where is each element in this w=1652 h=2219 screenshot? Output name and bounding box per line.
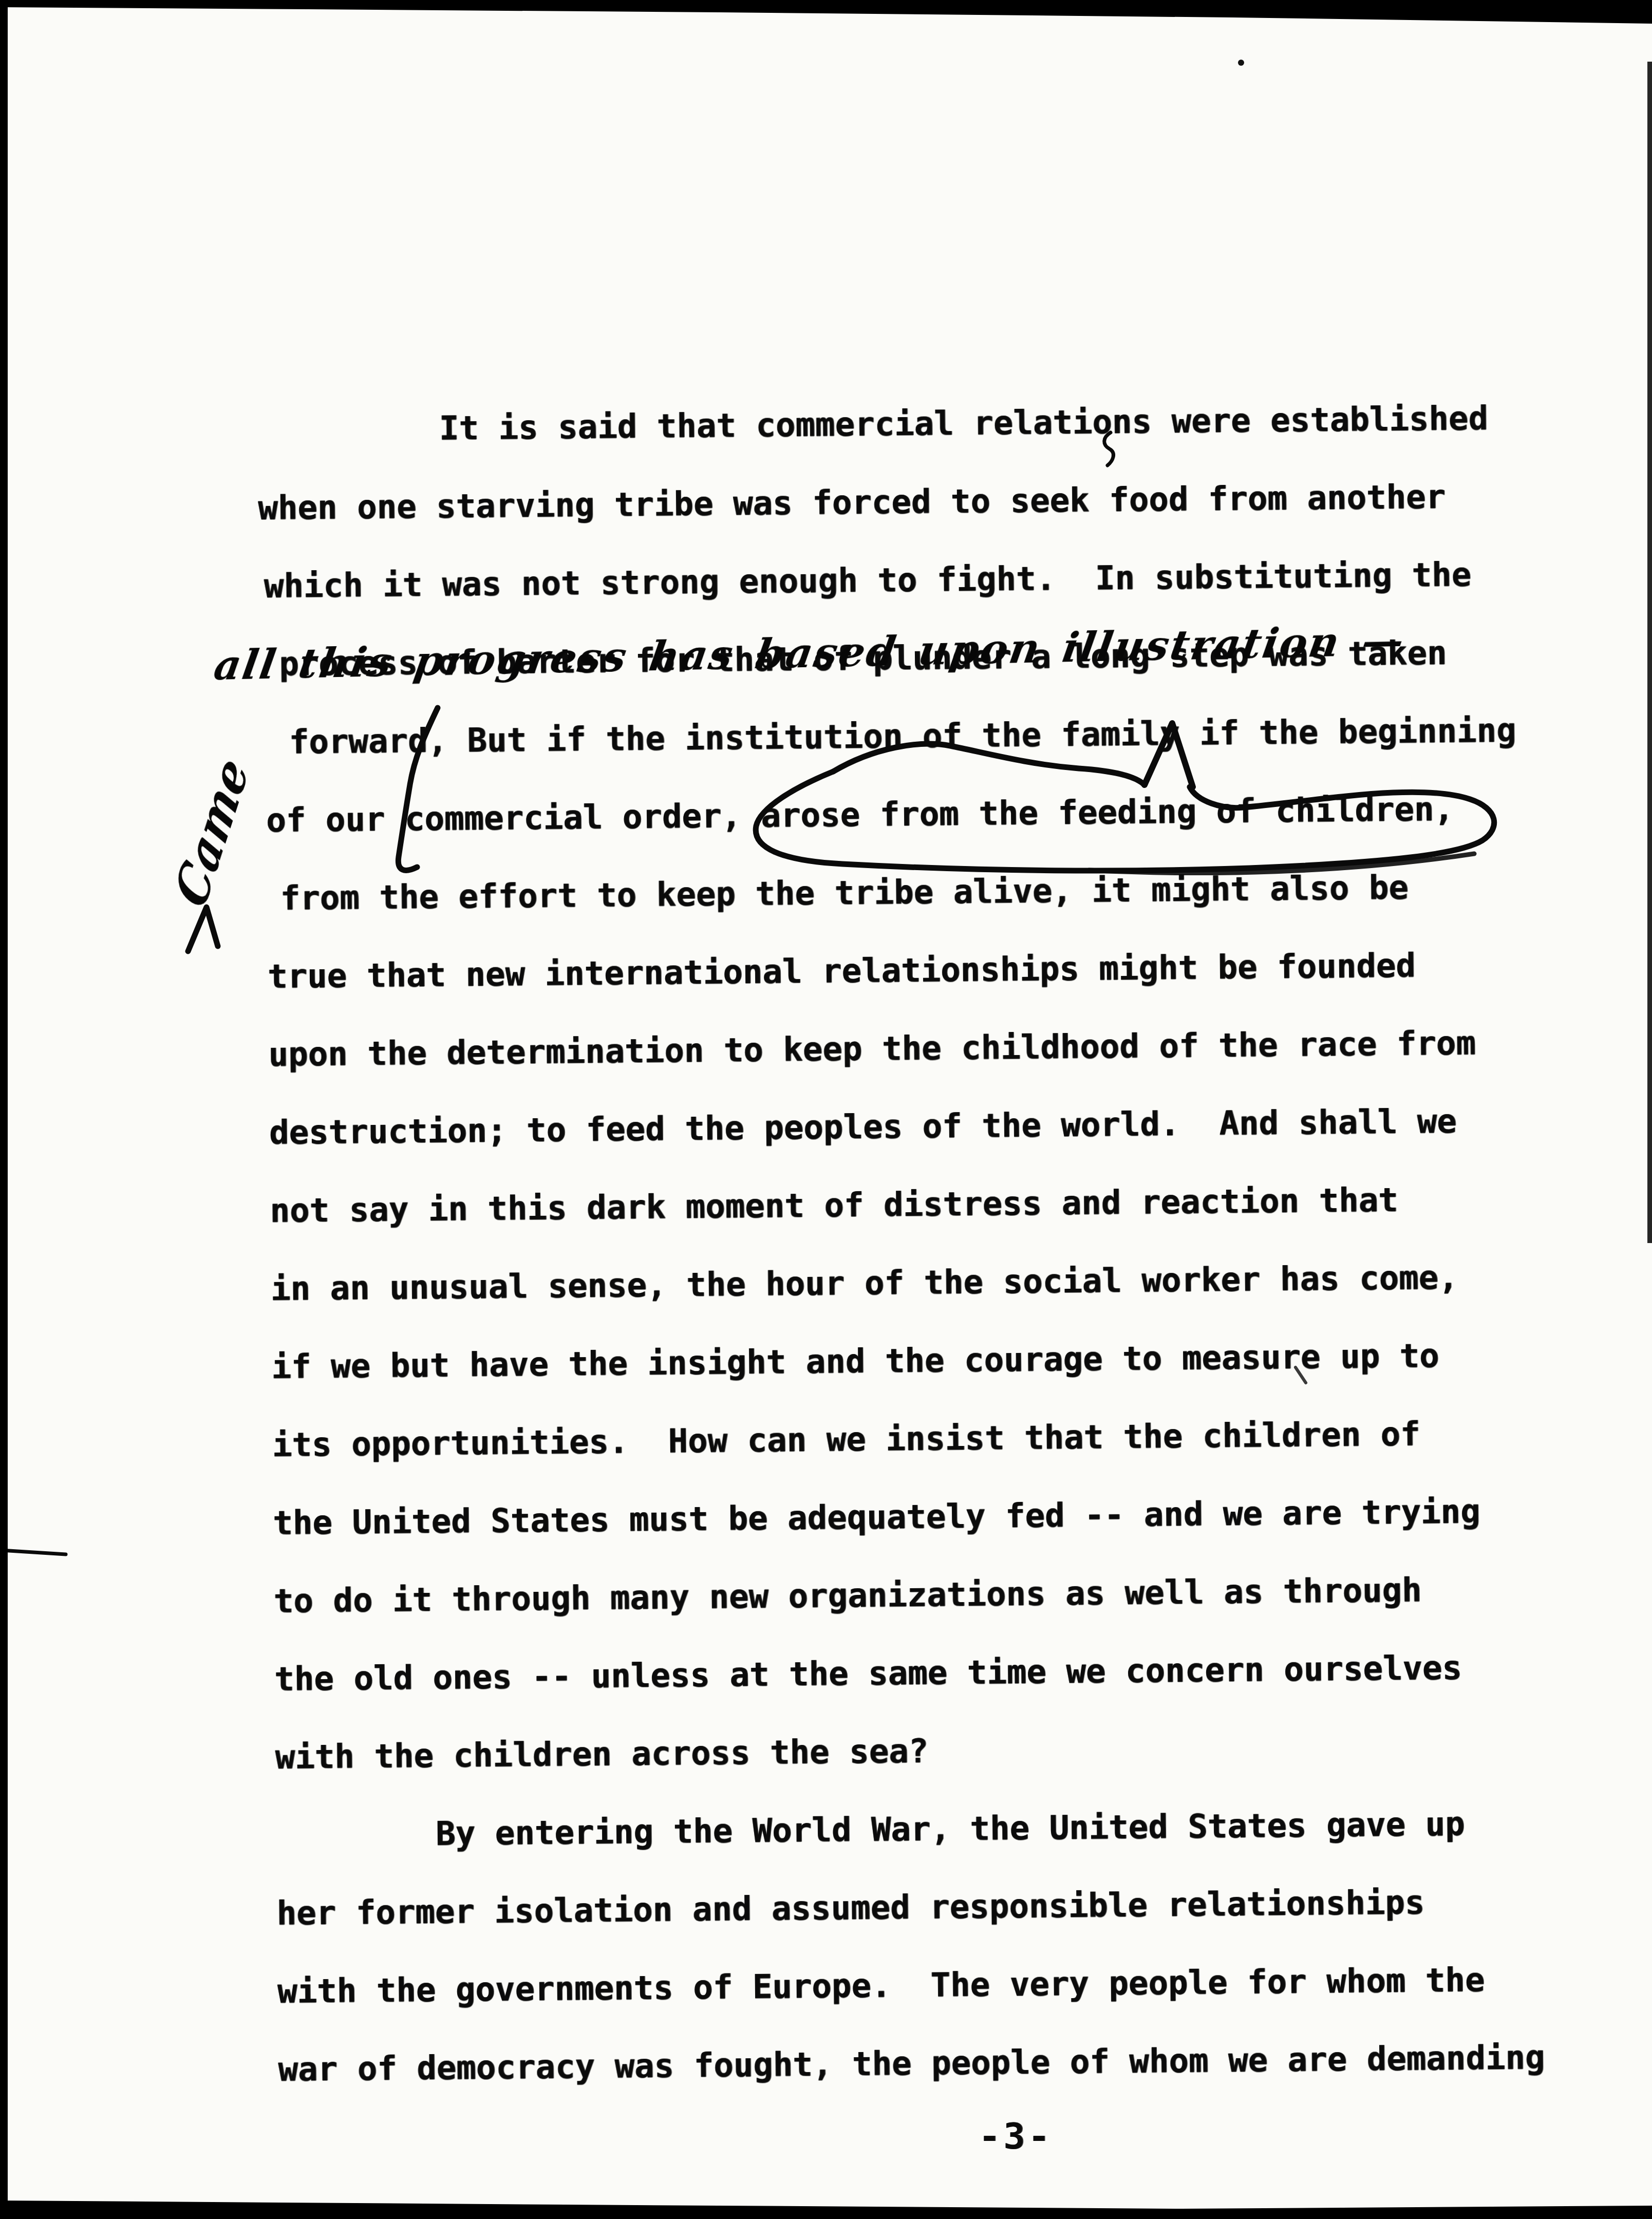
scan-border-right [1647,62,1652,1243]
typed-line: It is said that commercial relations wer… [262,379,1529,469]
scan-border-left [0,0,8,2219]
typed-line: if we but have the insight and the coura… [271,1316,1538,1406]
typed-line: forward, But if the institution of the f… [289,691,1532,781]
typed-line: to do it through many new organizations … [273,1550,1541,1641]
typed-line: upon the determination to keep the child… [268,1004,1535,1094]
stray-speck [1238,60,1244,66]
typed-line: which it was not strong enough to fight.… [264,535,1531,626]
typed-line: its opportunities. How can we insist tha… [272,1394,1539,1484]
typed-line: not say in this dark moment of distress … [270,1160,1537,1250]
handwritten-margin-word: Came [164,747,259,917]
typed-line: war of democracy was fought, the people … [278,2019,1545,2109]
manuscript-page: It is said that commercial relations wer… [0,0,1652,2219]
scan-border-top [0,0,1652,24]
typed-line: By entering the World War, the United St… [275,1784,1543,1875]
typed-line: when one starving tribe was forced to se… [257,457,1530,548]
typed-line: in an unusual sense, the hour of the soc… [270,1238,1537,1328]
typed-line: from the effort to keep the tribe alive,… [280,848,1534,937]
typed-line: true that new international relationship… [267,926,1534,1016]
typed-line: destruction; to feed the peoples of the … [269,1082,1536,1172]
left-edge-tick [1,1550,66,1554]
typed-line: the old ones -- unless at the same time … [274,1628,1541,1719]
typed-line: with the children across the sea? [275,1706,1542,1797]
typed-line: with the governments of Europe. The very… [277,1941,1544,2031]
typed-line: her former isolation and assumed respons… [276,1863,1544,1953]
typed-line: of our commercial order, arose from the … [266,769,1533,860]
scan-border-bottom [0,2201,1652,2219]
page-number: -3- [979,2115,1053,2157]
typed-line: the United States must be adequately fed… [272,1472,1540,1563]
